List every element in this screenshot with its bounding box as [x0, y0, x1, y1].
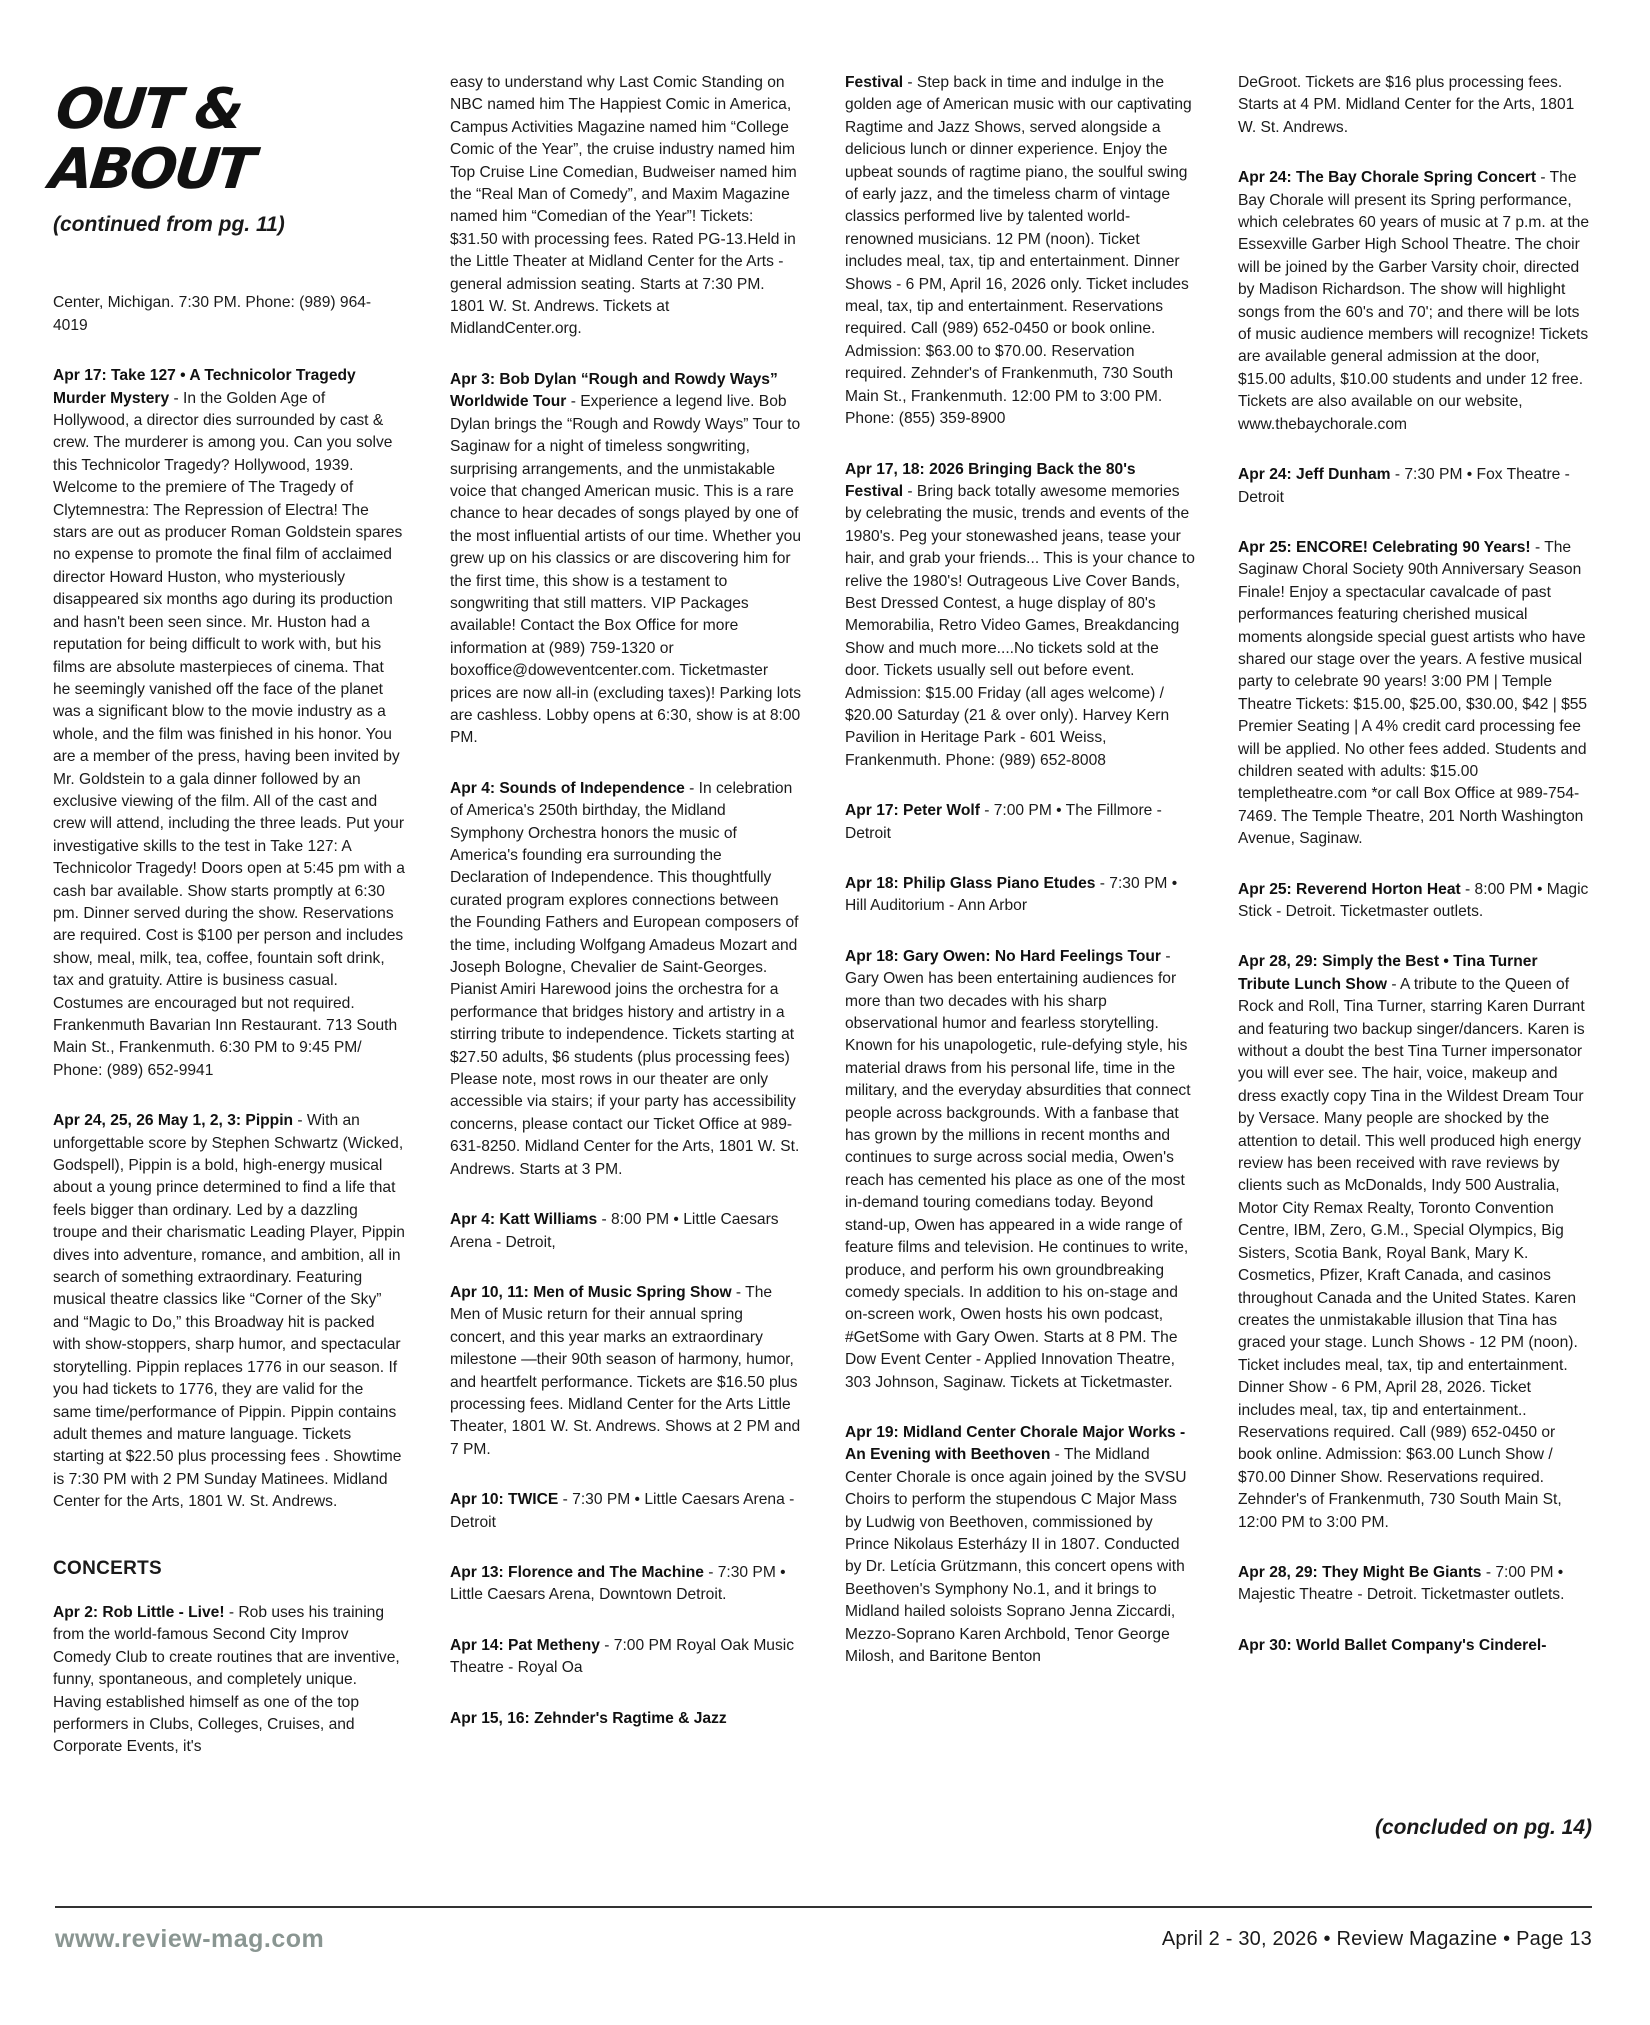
event-listing: Apr 17: Peter Wolf - 7:00 PM • The Fillm…: [845, 800, 1197, 845]
event-heading: Apr 4: Sounds of Independence: [450, 780, 685, 797]
event-listing: Apr 25: Reverend Horton Heat - 8:00 PM •…: [1238, 879, 1590, 924]
event-listing: Apr 17, 18: 2026 Bringing Back the 80's …: [845, 459, 1197, 773]
event-heading: Festival: [845, 74, 903, 91]
event-listing: Apr 18: Gary Owen: No Hard Feelings Tour…: [845, 946, 1197, 1394]
event-listing: Apr 25: ENCORE! Celebrating 90 Years! - …: [1238, 537, 1590, 851]
continued-note: (continued from pg. 11): [53, 214, 405, 236]
event-listing: Apr 3: Bob Dylan “Rough and Rowdy Ways” …: [450, 369, 802, 750]
column-3: Festival - Step back in time and indulge…: [845, 72, 1197, 1696]
event-listing: Apr 18: Philip Glass Piano Etudes - 7:30…: [845, 873, 1197, 918]
event-listing: Apr 4: Sounds of Independence - In celeb…: [450, 778, 802, 1181]
event-description: - With an unforgettable score by Stephen…: [53, 1112, 405, 1510]
event-listing: Apr 10: TWICE - 7:30 PM • Little Caesars…: [450, 1489, 802, 1534]
event-listing: easy to understand why Last Comic Standi…: [450, 72, 802, 341]
event-heading: Apr 30: World Ballet Company's Cinderel-: [1238, 1637, 1546, 1654]
event-heading: Apr 2: Rob Little - Live!: [53, 1604, 225, 1621]
event-heading: Apr 4: Katt Williams: [450, 1211, 597, 1228]
column-1-listings: Center, Michigan. 7:30 PM. Phone: (989) …: [53, 292, 405, 1513]
event-description: DeGroot. Tickets are $16 plus processing…: [1238, 74, 1574, 136]
event-description: - The Men of Music return for their annu…: [450, 1284, 800, 1458]
event-heading: Apr 10: TWICE: [450, 1491, 558, 1508]
event-description: - A tribute to the Queen of Rock and Rol…: [1238, 976, 1585, 1531]
event-listing: Apr 14: Pat Metheny - 7:00 PM Royal Oak …: [450, 1635, 802, 1680]
event-description: - Experience a legend live. Bob Dylan br…: [450, 393, 801, 746]
column-2: easy to understand why Last Comic Standi…: [450, 72, 802, 1758]
event-heading: Apr 18: Philip Glass Piano Etudes: [845, 875, 1095, 892]
column-4: DeGroot. Tickets are $16 plus processing…: [1238, 72, 1590, 1685]
event-listing: Apr 17: Take 127 • A Technicolor Tragedy…: [53, 365, 405, 1082]
event-heading: Apr 13: Florence and The Machine: [450, 1564, 704, 1581]
event-listing: Apr 15, 16: Zehnder's Ragtime & Jazz: [450, 1708, 802, 1730]
event-heading: Apr 25: Reverend Horton Heat: [1238, 881, 1461, 898]
concluded-note: (concluded on pg. 14): [1375, 1816, 1592, 1840]
event-description: - The Midland Center Chorale is once aga…: [845, 1446, 1187, 1665]
event-heading: Apr 18: Gary Owen: No Hard Feelings Tour: [845, 948, 1161, 965]
event-description: easy to understand why Last Comic Standi…: [450, 74, 797, 337]
event-listing: Apr 10, 11: Men of Music Spring Show - T…: [450, 1282, 802, 1461]
event-listing: Apr 30: World Ballet Company's Cinderel-: [1238, 1635, 1590, 1657]
event-listing: Apr 28, 29: They Might Be Giants - 7:00 …: [1238, 1562, 1590, 1607]
event-heading: Apr 24, 25, 26 May 1, 2, 3: Pippin: [53, 1112, 293, 1129]
event-heading: Apr 24: Jeff Dunham: [1238, 466, 1391, 483]
footer-page-info: April 2 - 30, 2026 • Review Magazine • P…: [1162, 1928, 1592, 1951]
event-heading: Apr 10, 11: Men of Music Spring Show: [450, 1284, 732, 1301]
event-heading: Apr 28, 29: They Might Be Giants: [1238, 1564, 1482, 1581]
section-title: OUT & ABOUT: [47, 80, 412, 200]
event-description: - Step back in time and indulge in the g…: [845, 74, 1192, 427]
event-description: - Gary Owen has been entertaining audien…: [845, 948, 1191, 1391]
column-1-concert-listings: Apr 2: Rob Little - Live! - Rob uses his…: [53, 1602, 405, 1759]
event-listing: Apr 24, 25, 26 May 1, 2, 3: Pippin - Wit…: [53, 1110, 405, 1513]
event-listing: Apr 19: Midland Center Chorale Major Wor…: [845, 1422, 1197, 1668]
event-listing: Apr 24: Jeff Dunham - 7:30 PM • Fox Thea…: [1238, 464, 1590, 509]
event-listing: Center, Michigan. 7:30 PM. Phone: (989) …: [53, 292, 405, 337]
event-heading: Apr 15, 16: Zehnder's Ragtime & Jazz: [450, 1710, 727, 1727]
event-heading: Apr 25: ENCORE! Celebrating 90 Years!: [1238, 539, 1531, 556]
event-description: - Bring back totally awesome memories by…: [845, 483, 1195, 769]
event-listing: Apr 4: Katt Williams - 8:00 PM • Little …: [450, 1209, 802, 1254]
event-listing: Apr 28, 29: Simply the Best • Tina Turne…: [1238, 951, 1590, 1534]
column-1: OUT & ABOUT (continued from pg. 11) Cent…: [53, 0, 405, 1787]
section-heading-concerts: CONCERTS: [53, 1558, 405, 1580]
event-description: - In the Golden Age of Hollywood, a dire…: [53, 390, 405, 1079]
event-description: - In celebration of America's 250th birt…: [450, 780, 799, 1178]
event-heading: Apr 14: Pat Metheny: [450, 1637, 600, 1654]
event-listing: DeGroot. Tickets are $16 plus processing…: [1238, 72, 1590, 139]
event-description: - The Bay Chorale will present its Sprin…: [1238, 169, 1589, 432]
event-listing: Apr 13: Florence and The Machine - 7:30 …: [450, 1562, 802, 1607]
event-heading: Apr 17: Peter Wolf: [845, 802, 980, 819]
event-description: - Rob uses his training from the world-f…: [53, 1604, 400, 1755]
event-description: Center, Michigan. 7:30 PM. Phone: (989) …: [53, 294, 371, 333]
footer-divider: [55, 1906, 1592, 1908]
event-listing: Apr 24: The Bay Chorale Spring Concert -…: [1238, 167, 1590, 436]
footer-website-link[interactable]: www.review-mag.com: [55, 1925, 324, 1954]
event-listing: Festival - Step back in time and indulge…: [845, 72, 1197, 431]
event-listing: Apr 2: Rob Little - Live! - Rob uses his…: [53, 1602, 405, 1759]
event-heading: Apr 24: The Bay Chorale Spring Concert: [1238, 169, 1536, 186]
event-description: - The Saginaw Choral Society 90th Annive…: [1238, 539, 1587, 847]
